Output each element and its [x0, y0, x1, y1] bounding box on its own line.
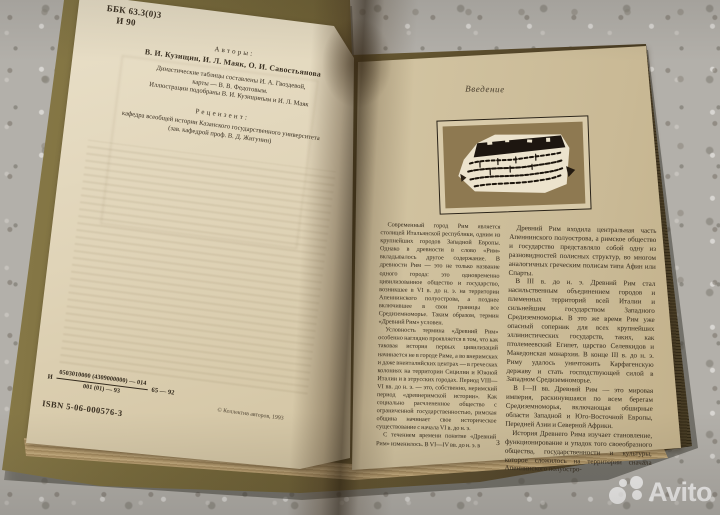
avito-circle-icon: [609, 487, 626, 504]
stone-inscription-picture: [443, 122, 586, 209]
show-through-text: [59, 140, 336, 395]
bbk-classification: ББК 63.3(0)3 И 90: [105, 3, 162, 32]
avito-watermark: Avito: [606, 475, 712, 509]
book-photo: ББК 63.3(0)3 И 90 Авторы: В. И. Кузищин,…: [0, 0, 720, 515]
avito-circle-icon: [630, 476, 643, 489]
paragraph: История Древнего Рима изучает становлени…: [504, 429, 652, 477]
chapter-header: Введение: [420, 83, 550, 95]
avito-circle-icon: [619, 479, 627, 487]
avito-wordmark: Avito: [648, 477, 712, 508]
paragraph: С течением времени понятие «Древний Рим»…: [376, 432, 496, 451]
left-page-content: ББК 63.3(0)3 И 90 Авторы: В. И. Кузищин,…: [24, 0, 354, 499]
imprint-suffix: 65 — 92: [151, 387, 175, 397]
avito-logo-icon: [606, 475, 646, 509]
avito-circle-icon: [632, 490, 642, 500]
text-columns: Современный город Рим является столицей …: [375, 221, 656, 476]
column-right: Древний Рим входила центральная часть Ап…: [504, 224, 656, 476]
paragraph: Условность термина «Древний Рим» особенн…: [376, 326, 498, 434]
imprint-fraction: 0503010000 (4309000000) — 014 001 (01) —…: [55, 369, 148, 399]
paragraph: Древний Рим входила центральная часть Ап…: [508, 224, 656, 281]
gutter-top-shadow: [322, 18, 392, 108]
paragraph: В I—II вв. Древний Рим — это мировая имп…: [505, 384, 653, 432]
column-left: Современный город Рим является столицей …: [375, 221, 500, 473]
isbn: ISBN 5-06-000576-3: [42, 398, 124, 418]
page-number: 3: [496, 438, 500, 447]
stone-icon: [443, 122, 586, 209]
stone-inscription-illustration: [436, 115, 591, 214]
right-page-content: Введение: [362, 48, 668, 458]
paragraph: Современный город Рим является столицей …: [378, 221, 500, 329]
paragraph: В III в. до н. э. Древний Рим стал насил…: [506, 277, 655, 387]
imprint-index: И: [47, 373, 53, 381]
